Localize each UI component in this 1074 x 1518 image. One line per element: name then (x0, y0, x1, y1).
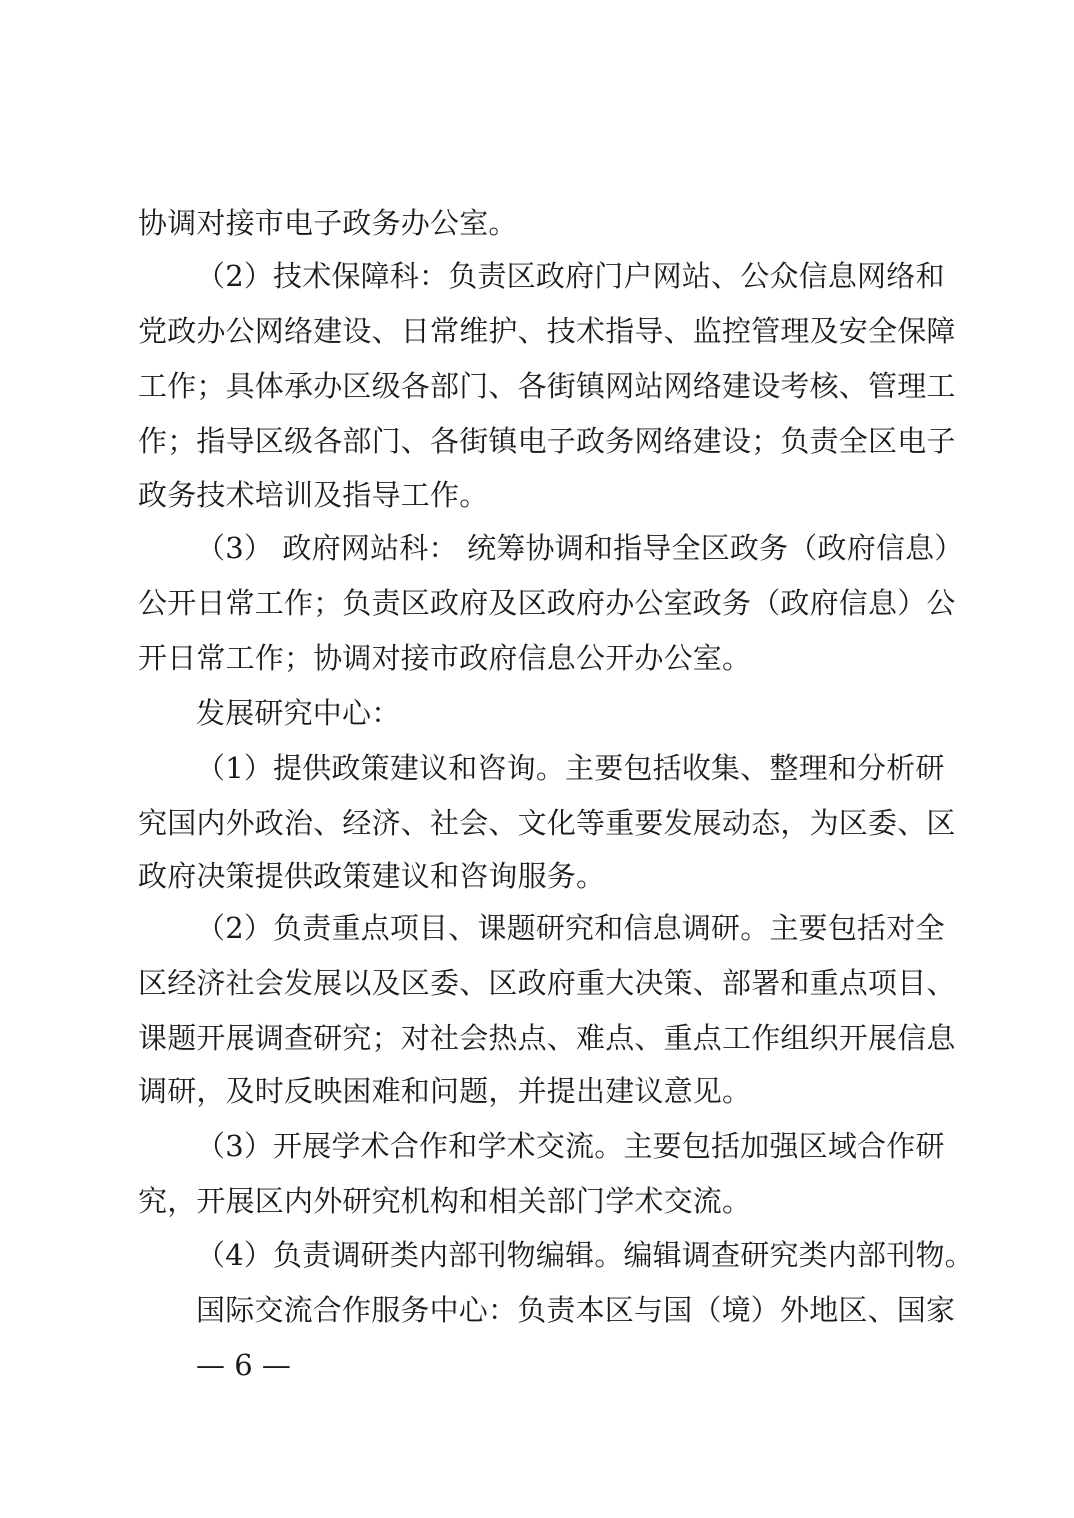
text-line: （3）开展学术合作和学术交流。主要包括加强区域合作研 (196, 1128, 938, 1164)
text-line: 工作；具体承办区级各部门、各街镇网站网络建设考核、管理工 (138, 368, 938, 404)
text-line: （3） 政府网站科： 统筹协调和指导全区政务（政府信息） (196, 530, 938, 566)
text-line: 究国内外政治、经济、社会、文化等重要发展动态，为区委、区 (138, 805, 938, 841)
text-line: 国际交流合作服务中心：负责本区与国（境）外地区、国家 (196, 1292, 938, 1328)
document-page: 协调对接市电子政务办公室。 （2）技术保障科：负责区政府门户网站、公众信息网络和… (0, 0, 1074, 1518)
text-line: 政府决策提供政策建议和咨询服务。 (138, 858, 938, 894)
text-line: 课题开展调查研究；对社会热点、难点、重点工作组织开展信息 (138, 1020, 938, 1056)
text-line: 调研，及时反映困难和问题，并提出建议意见。 (138, 1073, 938, 1109)
page-number: — 6 — (196, 1347, 291, 1383)
text-line: 政务技术培训及指导工作。 (138, 477, 938, 513)
text-line: （4）负责调研类内部刊物编辑。编辑调查研究类内部刊物。 (196, 1237, 938, 1273)
text-line: （2）技术保障科：负责区政府门户网站、公众信息网络和 (196, 258, 938, 294)
text-line: 党政办公网络建设、日常维护、技术指导、监控管理及安全保障 (138, 313, 938, 349)
text-line: 区经济社会发展以及区委、区政府重大决策、部署和重点项目、 (138, 965, 938, 1001)
text-line: 究，开展区内外研究机构和相关部门学术交流。 (138, 1183, 938, 1219)
text-line: 开日常工作；协调对接市政府信息公开办公室。 (138, 640, 938, 676)
text-line: （2）负责重点项目、课题研究和信息调研。主要包括对全 (196, 910, 938, 946)
text-line: 公开日常工作；负责区政府及区政府办公室政务（政府信息）公 (138, 585, 938, 621)
text-line: （1）提供政策建议和咨询。主要包括收集、整理和分析研 (196, 750, 938, 786)
section-heading: 发展研究中心： (196, 695, 938, 731)
text-line: 协调对接市电子政务办公室。 (138, 205, 938, 241)
text-line: 作；指导区级各部门、各街镇电子政务网络建设；负责全区电子 (138, 423, 938, 459)
